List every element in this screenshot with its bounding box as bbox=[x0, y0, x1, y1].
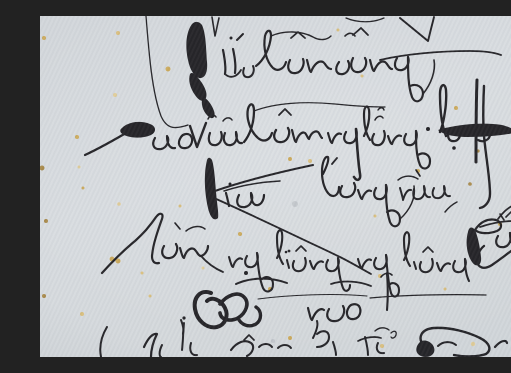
brush-stroke bbox=[279, 109, 291, 115]
ink-dot bbox=[182, 316, 185, 319]
brush-stroke bbox=[100, 327, 107, 357]
brush-stroke bbox=[175, 223, 180, 229]
brush-stroke bbox=[404, 131, 417, 145]
paper-fleck bbox=[444, 288, 447, 291]
brush-stroke bbox=[322, 157, 339, 196]
brush-stroke bbox=[351, 58, 366, 72]
paper-fleck bbox=[361, 75, 364, 78]
brush-stroke bbox=[506, 212, 511, 217]
paper-fleck bbox=[44, 219, 48, 223]
brush-stroke bbox=[223, 50, 225, 74]
brush-stroke bbox=[437, 263, 450, 271]
paper-smudge bbox=[271, 339, 275, 343]
brush-stroke bbox=[292, 130, 322, 142]
brush-stroke bbox=[346, 18, 384, 22]
line-2-cao-vuon-bam-ngang-hop bbox=[85, 80, 511, 208]
ink-dot bbox=[229, 183, 232, 186]
brush-stroke bbox=[336, 61, 349, 74]
ink-dot bbox=[285, 251, 288, 254]
brush-stroke bbox=[408, 57, 423, 101]
brush-stroke bbox=[85, 133, 126, 155]
paper-fleck bbox=[117, 202, 121, 206]
paper-fleck bbox=[82, 187, 85, 190]
brush-stroke bbox=[190, 343, 197, 355]
brush-stroke bbox=[153, 136, 175, 149]
paper-fleck bbox=[42, 294, 46, 298]
paper-fleck bbox=[454, 106, 458, 110]
paper-fleck bbox=[116, 31, 120, 35]
brush-stroke bbox=[445, 202, 457, 212]
paper-fleck bbox=[380, 344, 384, 348]
brush-stroke bbox=[400, 17, 434, 41]
ink-dot bbox=[426, 127, 430, 131]
brush-stroke bbox=[162, 244, 177, 258]
brush-stroke bbox=[225, 70, 241, 77]
paper-fleck bbox=[471, 342, 475, 346]
brush-stroke bbox=[386, 185, 400, 226]
brush-stroke bbox=[296, 246, 306, 251]
brush-stroke bbox=[358, 190, 371, 199]
brush-stroke bbox=[413, 186, 430, 199]
paper-fleck bbox=[149, 295, 152, 298]
brush-stroke bbox=[400, 188, 411, 200]
ink-dot bbox=[230, 37, 233, 40]
brush-stroke bbox=[480, 86, 490, 208]
brush-stroke bbox=[380, 51, 501, 60]
brush-stroke bbox=[287, 260, 289, 268]
brush-stroke bbox=[259, 344, 272, 347]
brush-stroke bbox=[310, 261, 323, 269]
brush-stroke bbox=[370, 60, 392, 71]
brush-stroke bbox=[423, 60, 434, 94]
brush-stroke bbox=[375, 116, 383, 120]
calligraphy-photo: Vietnamese brush calligraphy (thư pháp) … bbox=[40, 16, 511, 357]
brush-stroke bbox=[420, 259, 433, 272]
line-1-nui-lan-dang bbox=[186, 17, 511, 118]
brush-stroke bbox=[293, 258, 306, 271]
paper-fleck bbox=[308, 159, 312, 163]
brush-stroke bbox=[243, 66, 254, 77]
brush-stroke bbox=[364, 107, 370, 140]
brush-stroke bbox=[374, 255, 387, 269]
brush-stroke bbox=[387, 273, 388, 310]
brush-stroke bbox=[223, 118, 232, 121]
paper-fleck bbox=[166, 67, 171, 72]
brush-stroke bbox=[313, 321, 317, 338]
brush-stroke bbox=[224, 132, 242, 145]
paper-fleck bbox=[75, 135, 79, 139]
brush-stroke bbox=[438, 124, 511, 137]
brush-stroke bbox=[212, 17, 219, 36]
brush-stroke bbox=[186, 22, 207, 78]
paper-fleck bbox=[374, 215, 377, 218]
paper-fleck bbox=[40, 166, 45, 171]
paper-smudge bbox=[292, 201, 298, 207]
brush-stroke bbox=[274, 128, 289, 142]
brush-stroke bbox=[423, 247, 433, 252]
brush-stroke bbox=[404, 232, 410, 266]
brush-stroke bbox=[495, 341, 507, 347]
brush-stroke bbox=[332, 158, 337, 164]
ink-layer bbox=[85, 16, 511, 357]
brush-stroke bbox=[374, 185, 387, 199]
brush-stroke bbox=[180, 246, 208, 258]
brush-stroke bbox=[317, 331, 329, 347]
paper-fleck bbox=[179, 205, 182, 208]
brush-stroke bbox=[102, 214, 163, 273]
paper-fleck bbox=[202, 267, 205, 270]
brush-stroke bbox=[205, 158, 218, 220]
brush-stroke bbox=[186, 227, 205, 231]
brush-stroke bbox=[146, 16, 188, 128]
flourish-left-arc bbox=[146, 16, 188, 128]
brush-stroke bbox=[201, 256, 223, 272]
paper-fleck bbox=[288, 157, 292, 161]
brush-stroke bbox=[245, 253, 258, 267]
paper-fleck bbox=[80, 312, 84, 316]
line-6-cropped bbox=[100, 276, 511, 357]
brush-stroke bbox=[475, 219, 501, 233]
brush-stroke bbox=[237, 193, 264, 207]
brush-stroke bbox=[326, 258, 350, 291]
brush-stroke bbox=[372, 131, 385, 145]
brush-stroke bbox=[229, 257, 242, 267]
brush-stroke bbox=[212, 165, 313, 192]
brush-stroke bbox=[160, 345, 162, 357]
brush-stroke bbox=[391, 331, 396, 338]
brush-stroke bbox=[327, 306, 344, 321]
brush-stroke bbox=[328, 133, 341, 143]
ink-dot bbox=[452, 146, 456, 150]
brush-stroke bbox=[307, 60, 331, 72]
brush-stroke bbox=[179, 134, 192, 148]
paper-fleck bbox=[337, 29, 340, 32]
ink-dot bbox=[288, 250, 291, 253]
calligraphy-artwork bbox=[40, 16, 511, 357]
brush-stroke bbox=[144, 334, 157, 357]
brush-stroke bbox=[388, 135, 401, 144]
paper-fleck bbox=[468, 182, 472, 186]
paper-fleck bbox=[141, 272, 144, 275]
brush-stroke bbox=[333, 342, 336, 355]
brush-stroke bbox=[244, 335, 254, 340]
brush-stroke bbox=[258, 295, 367, 299]
brush-stroke bbox=[398, 176, 418, 180]
brush-stroke bbox=[416, 340, 434, 357]
brush-stroke bbox=[231, 341, 253, 356]
paper-fleck bbox=[238, 232, 242, 236]
brush-stroke bbox=[209, 132, 222, 145]
line-4-lan-nghieng-nghieng-dau bbox=[102, 206, 511, 310]
brush-stroke bbox=[453, 259, 469, 281]
ink-dot bbox=[244, 271, 248, 275]
brush-stroke bbox=[277, 230, 283, 264]
brush-stroke bbox=[308, 308, 324, 320]
brush-stroke bbox=[233, 49, 235, 73]
brush-stroke bbox=[378, 108, 384, 110]
brush-stroke bbox=[433, 186, 450, 198]
brush-stroke bbox=[358, 259, 371, 268]
brush-stroke bbox=[278, 345, 291, 348]
brush-stroke bbox=[358, 337, 381, 341]
brush-stroke bbox=[498, 206, 511, 219]
brush-stroke bbox=[354, 129, 360, 180]
brush-stroke bbox=[496, 233, 511, 247]
brush-stroke bbox=[271, 32, 331, 40]
brush-stroke bbox=[237, 34, 243, 40]
paper-fleck bbox=[288, 336, 292, 340]
brush-stroke bbox=[375, 328, 389, 331]
brush-stroke bbox=[353, 28, 368, 35]
brush-stroke bbox=[416, 131, 430, 168]
brush-stroke bbox=[438, 342, 456, 346]
paper-fleck bbox=[113, 93, 117, 97]
paper-fleck bbox=[42, 36, 46, 40]
brush-stroke bbox=[365, 337, 368, 355]
brush-stroke bbox=[395, 57, 409, 70]
brush-stroke bbox=[340, 183, 355, 197]
paper-fleck bbox=[78, 166, 81, 169]
brush-stroke bbox=[414, 262, 416, 269]
brush-stroke bbox=[347, 304, 360, 319]
line-3-kia-dang-rua bbox=[205, 157, 457, 274]
brush-stroke bbox=[120, 122, 155, 138]
brush-stroke bbox=[476, 80, 477, 162]
brush-stroke bbox=[288, 59, 303, 73]
brush-stroke bbox=[195, 292, 227, 327]
brush-stroke bbox=[257, 253, 273, 291]
